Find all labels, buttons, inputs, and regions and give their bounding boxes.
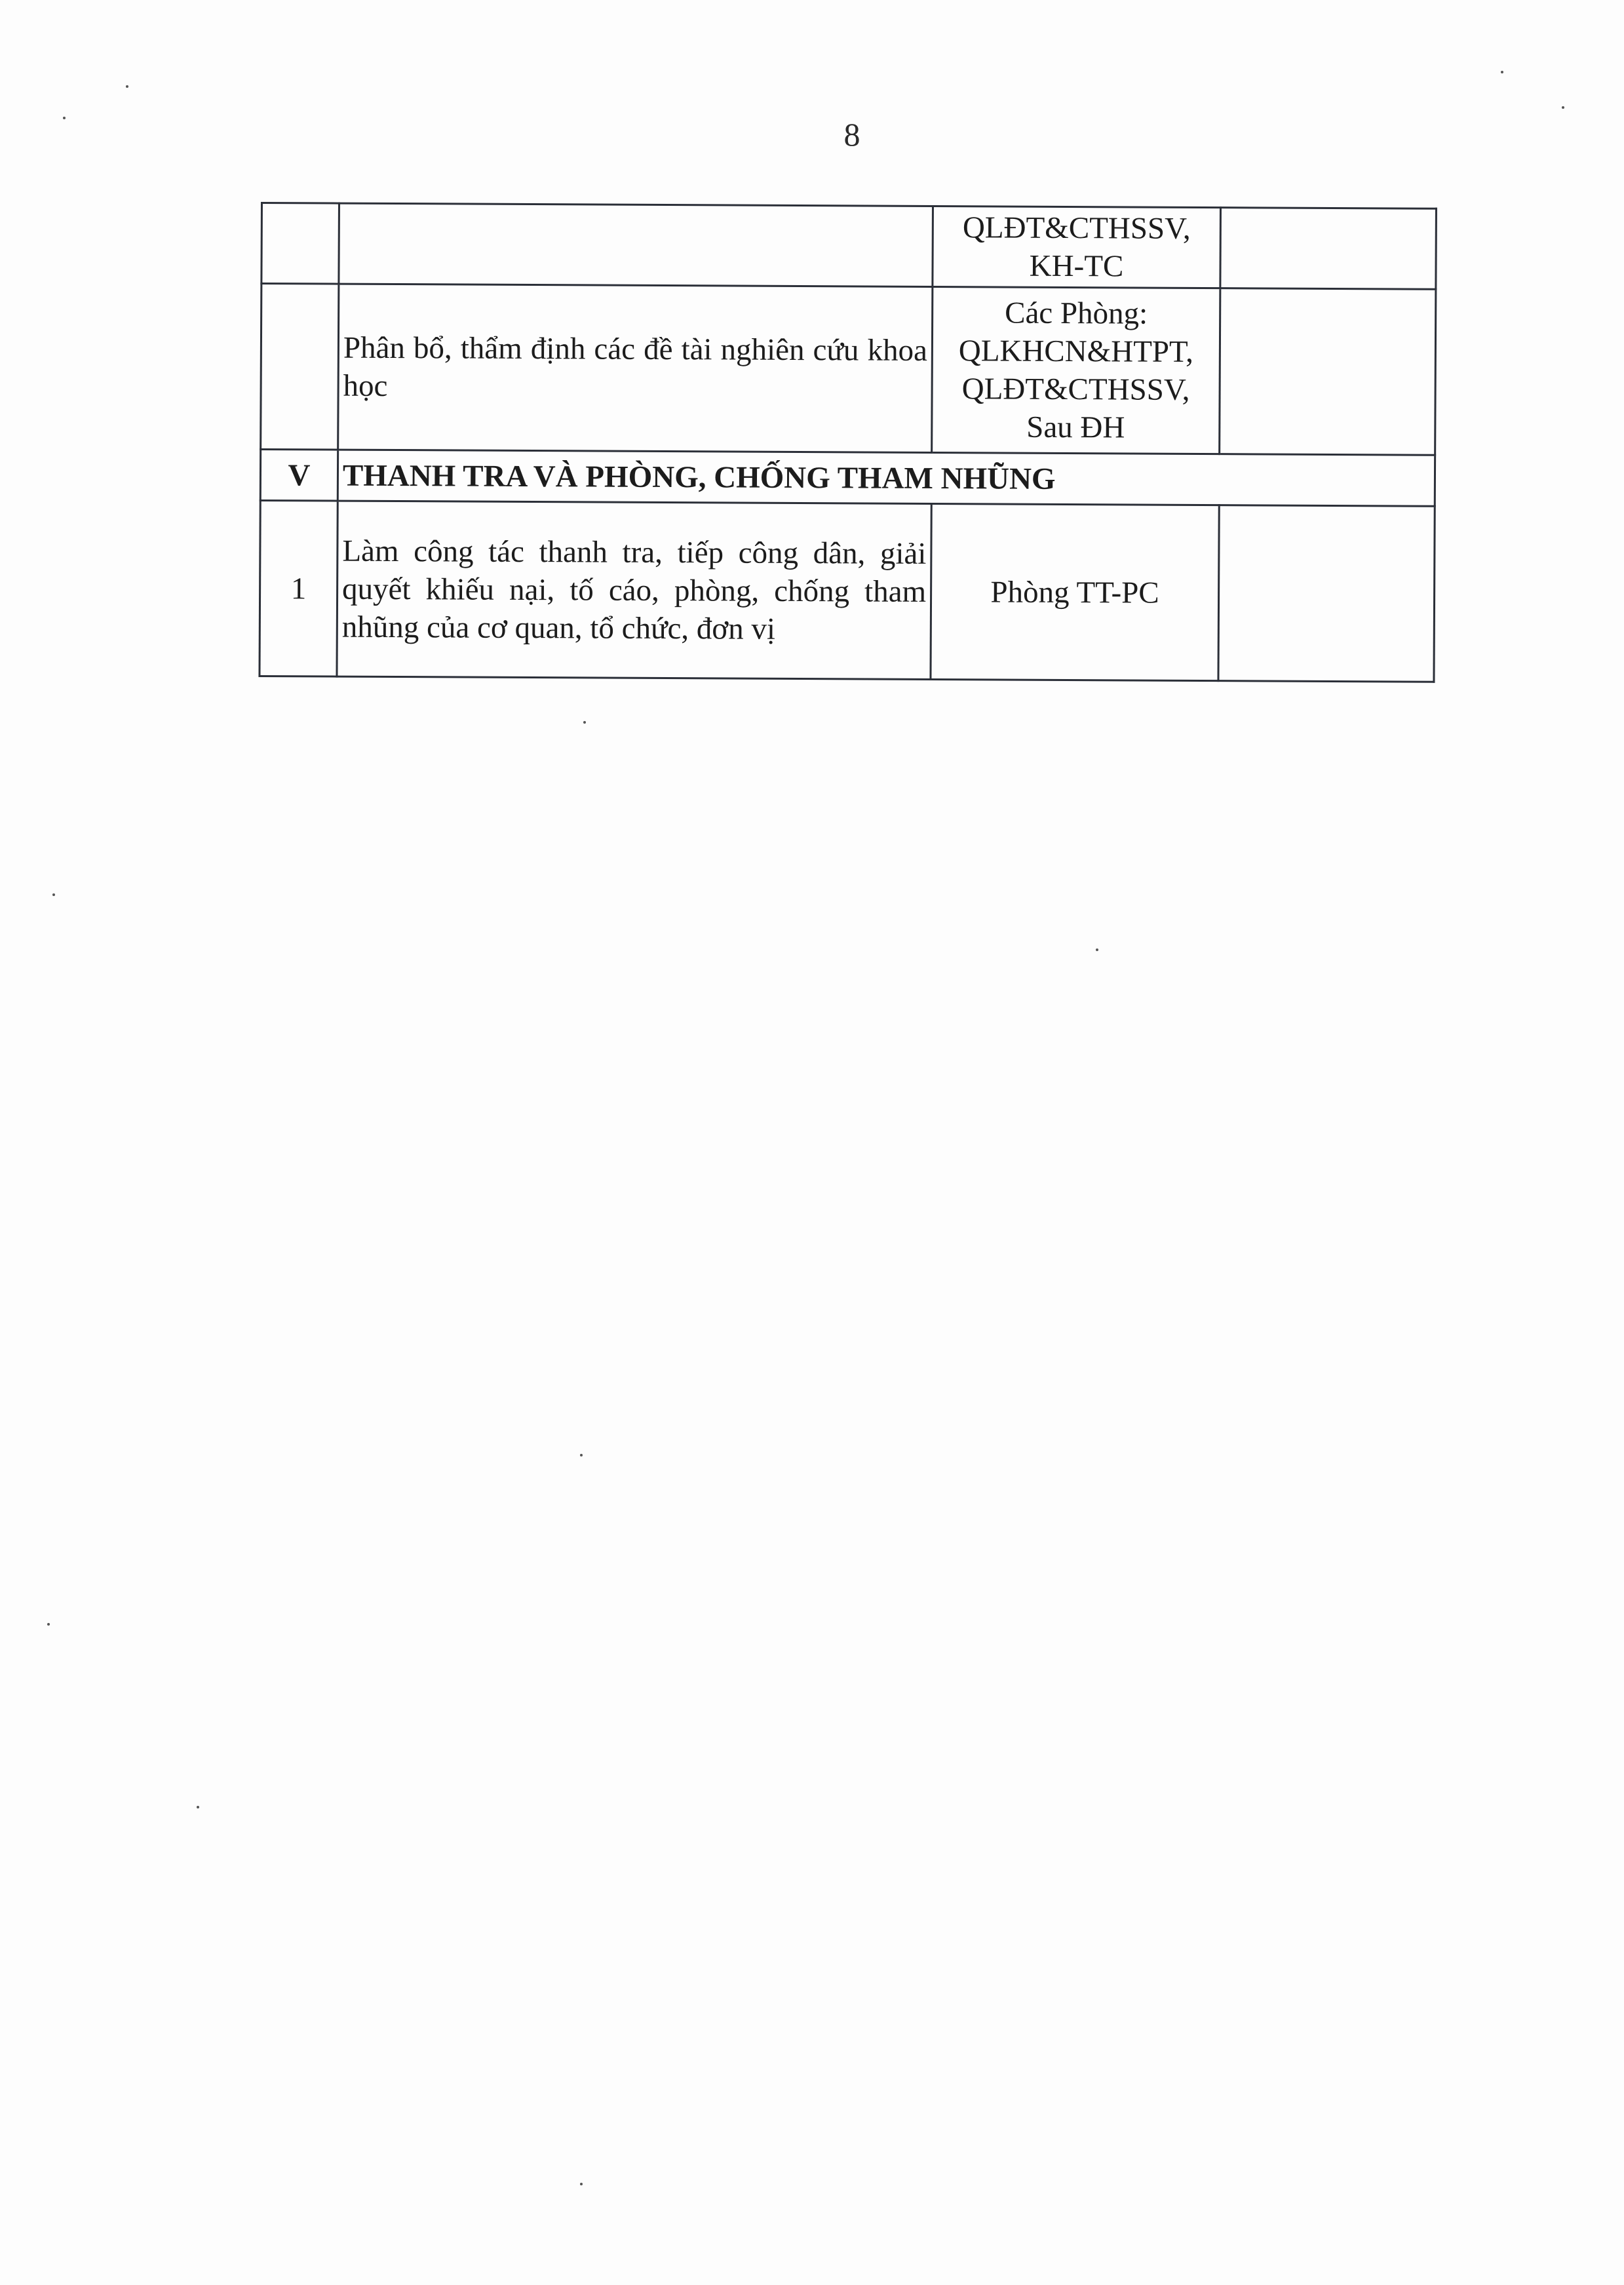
note-cell <box>1220 208 1437 290</box>
scan-speck <box>1501 71 1503 73</box>
table-row: 1 Làm công tác thanh tra, tiếp công dân,… <box>260 501 1435 682</box>
scan-speck <box>1096 948 1098 951</box>
scan-speck <box>1562 106 1564 109</box>
scan-speck <box>47 1623 50 1626</box>
responsible-unit-cell: Phòng TT-PC <box>931 504 1219 681</box>
unit-line: QLĐT&CTHSSV, <box>938 208 1216 248</box>
unit-line: Phòng TT-PC <box>936 573 1214 612</box>
unit-line: Sau ĐH <box>937 408 1214 447</box>
section-title-cell: THANH TRA VÀ PHÒNG, CHỐNG THAM NHŨNG <box>338 450 1435 506</box>
row-number-cell <box>261 203 339 284</box>
task-cell <box>339 203 933 286</box>
table-row: Phân bổ, thẩm định các đề tài nghiên cứu… <box>261 284 1436 456</box>
row-number-cell: 1 <box>260 501 338 677</box>
scan-speck <box>580 2183 583 2185</box>
unit-line: QLĐT&CTHSSV, <box>937 370 1214 409</box>
unit-line: QLKHCN&HTPT, <box>937 332 1215 371</box>
section-header-row: V THANH TRA VÀ PHÒNG, CHỐNG THAM NHŨNG <box>260 450 1435 507</box>
task-cell: Phân bổ, thẩm định các đề tài nghiên cứu… <box>338 284 933 452</box>
scan-speck <box>52 893 55 896</box>
scan-speck <box>197 1806 199 1808</box>
scan-speck <box>63 117 66 119</box>
responsible-unit-cell: Các Phòng: QLKHCN&HTPT, QLĐT&CTHSSV, Sau… <box>932 287 1220 454</box>
note-cell <box>1218 505 1435 682</box>
section-number-cell: V <box>260 450 338 501</box>
responsible-unit-cell: QLĐT&CTHSSV, KH-TC <box>933 206 1221 288</box>
task-cell: Làm công tác thanh tra, tiếp công dân, g… <box>337 501 931 679</box>
scan-speck <box>583 721 586 724</box>
unit-line: KH-TC <box>937 246 1215 286</box>
table-row: QLĐT&CTHSSV, KH-TC <box>261 203 1437 290</box>
scan-speck <box>126 85 128 88</box>
unit-line: Các Phòng: <box>937 294 1215 333</box>
note-cell <box>1220 288 1436 456</box>
scan-speck <box>580 1454 583 1456</box>
responsibility-table: QLĐT&CTHSSV, KH-TC Phân bổ, thẩm định cá… <box>258 202 1437 683</box>
page-number: 8 <box>826 115 878 153</box>
row-number-cell <box>261 284 339 450</box>
